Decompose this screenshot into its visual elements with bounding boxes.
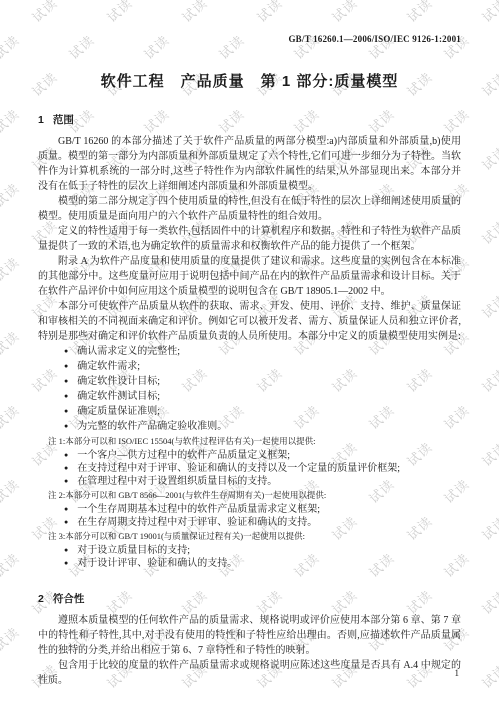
paragraph: 包含用于比较的度量的软件产品质量需求或规格说明应陈述这些度量是否具有 A.4 中… [38, 658, 461, 688]
list-item: ●确认需求定义的完整性; [64, 344, 461, 359]
list-item-text: 在生存周期支持过程中对于评审、验证和确认的支持。 [77, 516, 317, 529]
list-item-text: 确认需求定义的完整性; [77, 344, 180, 359]
list-item-text: 对于设立质量目标的支持; [77, 544, 190, 557]
list-item: ●为完整的软件产品确定验收准则。 [64, 419, 461, 434]
section-1-title: 范围 [53, 114, 74, 126]
paragraph: 定义的特性适用于每一类软件,包括固件中的计算机程序和数据。特性和子特性为软件产品… [38, 224, 461, 254]
bullet-dot-icon: ● [64, 374, 68, 389]
bullet-dot-icon: ● [64, 516, 68, 529]
list-item: ●一个生存周期基本过程中的软件产品质量需求定义框架; [64, 503, 461, 516]
bullet-dot-icon: ● [64, 359, 68, 374]
list-item-text: 对于设计评审、验证和确认的支持。 [77, 557, 237, 570]
note-intro: 注 1:本部分可以和 ISO/IEC 15504(与软件过程评估有关)一起使用以… [48, 435, 461, 448]
note-2: 注 2:本部分可以和 GB/T 8566—2001(与软件生存周期有关)一起使用… [38, 489, 461, 529]
page-content: GB/T 16260.1—2006/ISO/IEC 9126-1:2001 软件… [0, 0, 499, 706]
note-intro: 注 2:本部分可以和 GB/T 8566—2001(与软件生存周期有关)一起使用… [48, 489, 461, 502]
list-item: ●在生存周期支持过程中对于评审、验证和确认的支持。 [64, 516, 461, 529]
list-item-text: 确定质量保证准则; [77, 404, 160, 419]
note-3: 注 3:本部分可以和 GB/T 19001(与质量保证过程有关)一起使用以提供:… [38, 530, 461, 570]
bullet-dot-icon: ● [64, 503, 68, 516]
list-item: ●确定质量保证准则; [64, 404, 461, 419]
list-item-text: 一个生存周期基本过程中的软件产品质量需求定义框架; [77, 503, 320, 516]
list-item-text: 为完整的软件产品确定验收准则。 [77, 419, 227, 434]
list-item-text: 在支持过程中对于评审、验证和确认的支持以及一个定量的质量评价框架; [77, 462, 400, 475]
note-2-list: ●一个生存周期基本过程中的软件产品质量需求定义框架; ●在生存周期支持过程中对于… [38, 503, 461, 529]
list-item: ●确定软件测试目标; [64, 389, 461, 404]
list-item-text: 确定软件测试目标; [77, 389, 160, 404]
bullet-dot-icon: ● [64, 389, 68, 404]
list-item: ●一个客户—供方过程中的软件产品质量定义框架; [64, 449, 461, 462]
list-item: ●确定软件设计目标; [64, 374, 461, 389]
bullet-dot-icon: ● [64, 462, 68, 475]
section-2-heading: 2符合性 [38, 591, 461, 606]
paragraph: 遵照本质量模型的任何软件产品的质量需求、规格说明或评价应使用本部分第 6 章、第… [38, 613, 461, 658]
bullet-dot-icon: ● [64, 557, 68, 570]
section-1-heading: 1范围 [38, 112, 461, 127]
bullet-dot-icon: ● [64, 344, 68, 359]
list-item-text: 确定软件设计目标; [77, 374, 160, 389]
document-page: 试读试读试读试读试读试读试读试读试读试读试读试读试读试读试读试读试读试读试读试读… [0, 0, 499, 706]
section-1-number: 1 [38, 114, 44, 126]
document-title: 软件工程 产品质量 第 1 部分:质量模型 [38, 70, 461, 91]
list-item: ●对于设计评审、验证和确认的支持。 [64, 557, 461, 570]
section-2-title: 符合性 [53, 593, 85, 605]
list-item-text: 在管理过程中对于设置组织质量目标的支持。 [77, 475, 277, 488]
section-2-number: 2 [38, 593, 44, 605]
list-item: ●在支持过程中对于评审、验证和确认的支持以及一个定量的质量评价框架; [64, 462, 461, 475]
list-item-text: 确定软件需求; [77, 359, 140, 374]
usage-examples-list: ●确认需求定义的完整性; ●确定软件需求; ●确定软件设计目标; ●确定软件测试… [38, 344, 461, 434]
list-item-text: 一个客户—供方过程中的软件产品质量定义框架; [77, 449, 290, 462]
list-item: ●对于设立质量目标的支持; [64, 544, 461, 557]
note-intro: 注 3:本部分可以和 GB/T 19001(与质量保证过程有关)一起使用以提供: [48, 530, 461, 543]
list-item: ●在管理过程中对于设置组织质量目标的支持。 [64, 475, 461, 488]
standard-code: GB/T 16260.1—2006/ISO/IEC 9126-1:2001 [38, 34, 461, 44]
paragraph: 附录 A 为软件产品度量和使用质量的度量提供了建议和需求。这些度量的实例包含在本… [38, 254, 461, 299]
paragraph: GB/T 16260 的本部分描述了关于软件产品质量的两部分模型:a)内部质量和… [38, 134, 461, 194]
page-number: 1 [455, 668, 460, 678]
paragraph: 模型的第二部分规定了四个使用质量的特性,但没有在低于特性的层次上详细阐述使用质量… [38, 194, 461, 224]
paragraph: 本部分可使软件产品质量从软件的获取、需求、开发、使用、评价、支持、维护、质量保证… [38, 299, 461, 344]
bullet-dot-icon: ● [64, 404, 68, 419]
note-3-list: ●对于设立质量目标的支持; ●对于设计评审、验证和确认的支持。 [38, 544, 461, 570]
note-1-list: ●一个客户—供方过程中的软件产品质量定义框架; ●在支持过程中对于评审、验证和确… [38, 449, 461, 488]
bullet-dot-icon: ● [64, 544, 68, 557]
bullet-dot-icon: ● [64, 419, 68, 434]
bullet-dot-icon: ● [64, 475, 68, 488]
bullet-dot-icon: ● [64, 449, 68, 462]
document-body: 1范围 GB/T 16260 的本部分描述了关于软件产品质量的两部分模型:a)内… [38, 112, 461, 688]
note-1: 注 1:本部分可以和 ISO/IEC 15504(与软件过程评估有关)一起使用以… [38, 435, 461, 488]
list-item: ●确定软件需求; [64, 359, 461, 374]
